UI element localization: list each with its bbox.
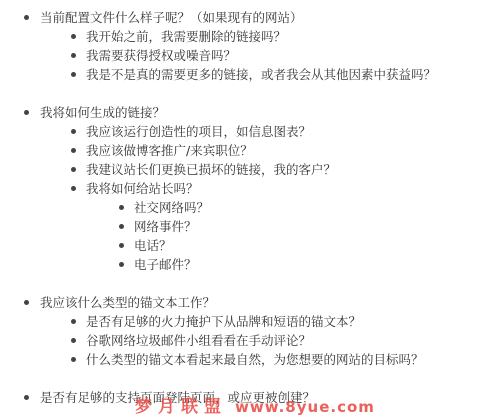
nested-sublist: 社交网络吗？ 网络事件？ 电话？ 电子邮件？ [90,198,481,274]
nested-item: 社交网络吗？ [7,198,481,217]
list-item: 我应该什么类型的锚文本工作？ 是否有足够的火力掩护下从品牌和短语的锚文本？ 谷歌… [0,293,481,369]
bullet-icon [71,357,76,362]
sublist-item: 谷歌网络垃圾邮件小组看看在手动评论？ [3,331,481,350]
item-text: 我应该做博客推广/来宾职位？ [86,143,253,158]
bullet-icon [24,395,29,400]
nested-item: 电话？ [7,236,481,255]
item-text: 我是不是真的需要更多的链接，或者我会从其他因素中获益吗？ [86,67,436,82]
sublist-item: 我将如何给站长吗？ 社交网络吗？ 网络事件？ 电话？ 电子邮件？ [3,179,481,274]
bullet-icon [71,72,76,77]
outline-list: 当前配置文件什么样子呢？（如果现有的网站） 我开始之前，我需要删除的链接吗？ 我… [0,8,481,407]
nested-item: 电子邮件？ [7,255,481,274]
item-text: 我应该什么类型的锚文本工作？ [40,295,215,310]
sublist: 我应该运行创造性的项目，如信息图表？ 我应该做博客推广/来宾职位？ 我建议站长们… [43,122,481,274]
watermark: 梦月联盟www.8yue.com [135,392,375,416]
item-text: 当前配置文件什么样子呢？（如果现有的网站） [40,10,303,25]
bullet-icon [119,262,124,267]
item-text: 我应该运行创造性的项目，如信息图表？ [86,124,311,139]
item-text: 谷歌网络垃圾邮件小组看看在手动评论？ [86,333,311,348]
document-body: 当前配置文件什么样子呢？（如果现有的网站） 我开始之前，我需要删除的链接吗？ 我… [0,8,481,407]
bullet-icon [71,338,76,343]
bullet-icon [71,167,76,172]
bullet-icon [119,205,124,210]
item-text: 网络事件？ [134,219,197,234]
bullet-icon [119,224,124,229]
sublist-item: 我建议站长们更换已损坏的链接，我的客户？ [3,160,481,179]
bullet-icon [71,53,76,58]
item-text: 我将如何生成的链接？ [40,105,165,120]
item-text: 什么类型的锚文本看起来最自然，为您想要的网站的目标吗？ [86,352,424,367]
sublist-item: 我是不是真的需要更多的链接，或者我会从其他因素中获益吗？ [3,65,481,84]
watermark-brand: 梦月联盟 [135,397,227,416]
sublist-item: 我应该做博客推广/来宾职位？ [3,141,481,160]
nested-item: 网络事件？ [7,217,481,236]
item-text: 电子邮件？ [134,257,197,272]
watermark-url: www.8yue.com [235,398,375,416]
sublist-item: 什么类型的锚文本看起来最自然，为您想要的网站的目标吗？ [3,350,481,369]
list-item: 我将如何生成的链接？ 我应该运行创造性的项目，如信息图表？ 我应该做博客推广/来… [0,103,481,274]
bullet-icon [24,110,29,115]
bullet-icon [71,148,76,153]
sublist: 是否有足够的火力掩护下从品牌和短语的锚文本？ 谷歌网络垃圾邮件小组看看在手动评论… [43,312,481,369]
bullet-icon [24,15,29,20]
sublist-item: 我开始之前，我需要删除的链接吗？ [3,27,481,46]
item-text: 我将如何给站长吗？ [86,181,199,196]
sublist-item: 是否有足够的火力掩护下从品牌和短语的锚文本？ [3,312,481,331]
sublist: 我开始之前，我需要删除的链接吗？ 我需要获得授权或噪音吗？ 我是不是真的需要更多… [43,27,481,84]
sublist-item: 我需要获得授权或噪音吗？ [3,46,481,65]
list-item: 当前配置文件什么样子呢？（如果现有的网站） 我开始之前，我需要删除的链接吗？ 我… [0,8,481,84]
item-text: 我开始之前，我需要删除的链接吗？ [86,29,286,44]
sublist-item: 我应该运行创造性的项目，如信息图表？ [3,122,481,141]
bullet-icon [71,319,76,324]
bullet-icon [119,243,124,248]
item-text: 我建议站长们更换已损坏的链接，我的客户？ [86,162,336,177]
bullet-icon [71,186,76,191]
bullet-icon [71,34,76,39]
item-text: 是否有足够的火力掩护下从品牌和短语的锚文本？ [86,314,361,329]
item-text: 我需要获得授权或噪音吗？ [86,48,236,63]
bullet-icon [71,129,76,134]
item-text: 社交网络吗？ [134,200,209,215]
item-text: 电话？ [134,238,172,253]
bullet-icon [24,300,29,305]
